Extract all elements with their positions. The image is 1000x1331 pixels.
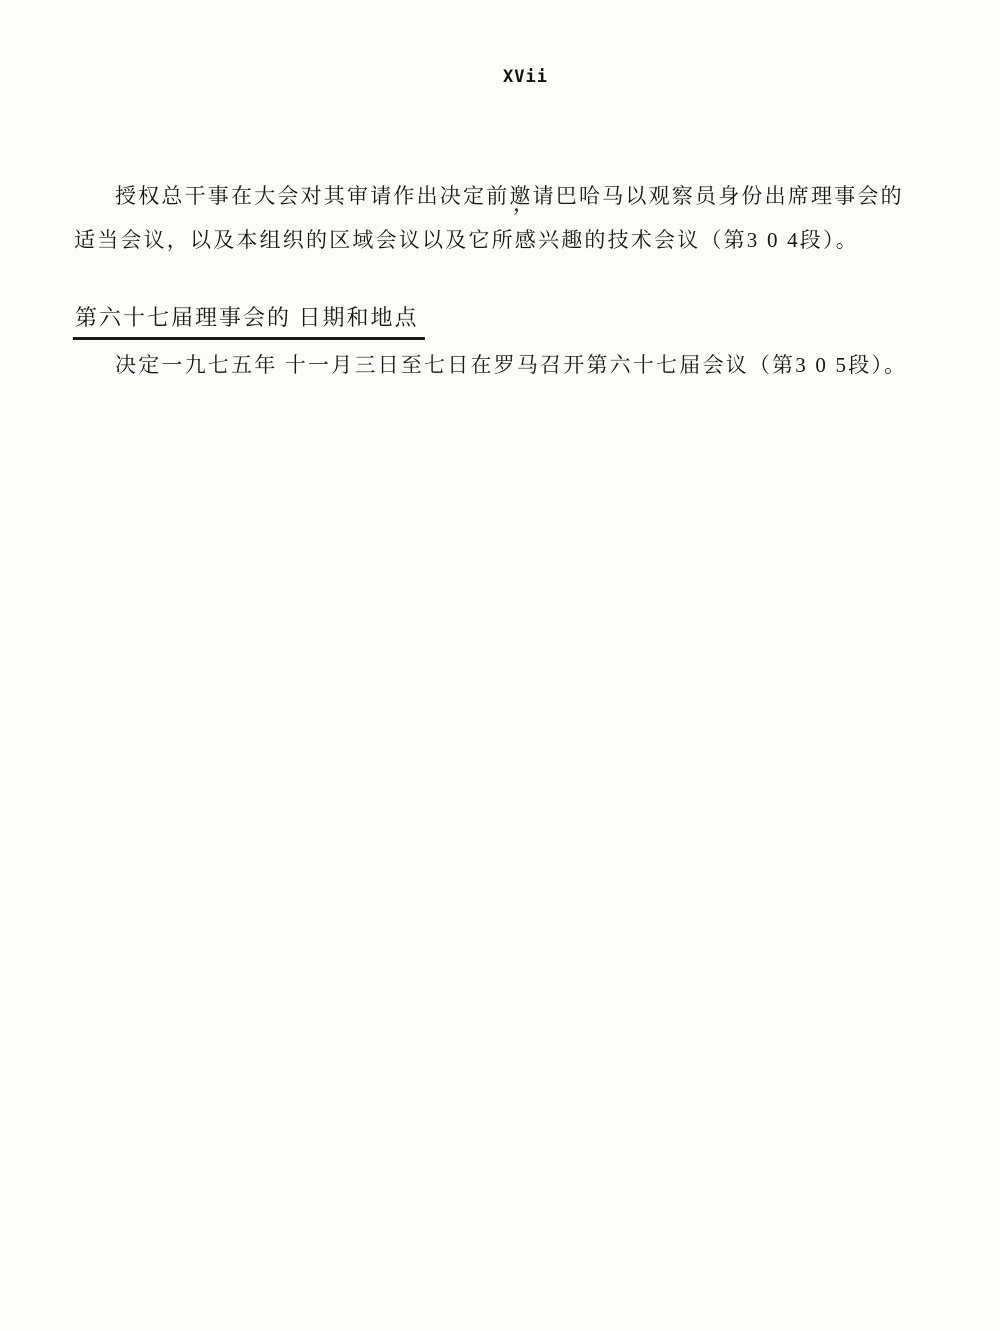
page-number: XVii (503, 67, 548, 87)
section-body-line: 决定一九七五年 十一月三日至七日在罗马召开第六十七届会议（第3 0 5段）。 (115, 349, 907, 379)
paragraph-line-1: 授权总干事在大会对其审请作出决定前邀请巴哈马以观察员身份出席理事会的 (115, 180, 904, 210)
section-heading: 第六十七届理事会的 日期和地点 (73, 301, 425, 340)
paragraph-line-2: 适当会议，以及本组织的区域会议以及它所感兴趣的技术会议（第3 0 4段）。 (74, 224, 859, 254)
stray-comma-mark: ， (512, 187, 538, 221)
document-page: XVii 授权总干事在大会对其审请作出决定前邀请巴哈马以观察员身份出席理事会的 … (0, 0, 1000, 1331)
